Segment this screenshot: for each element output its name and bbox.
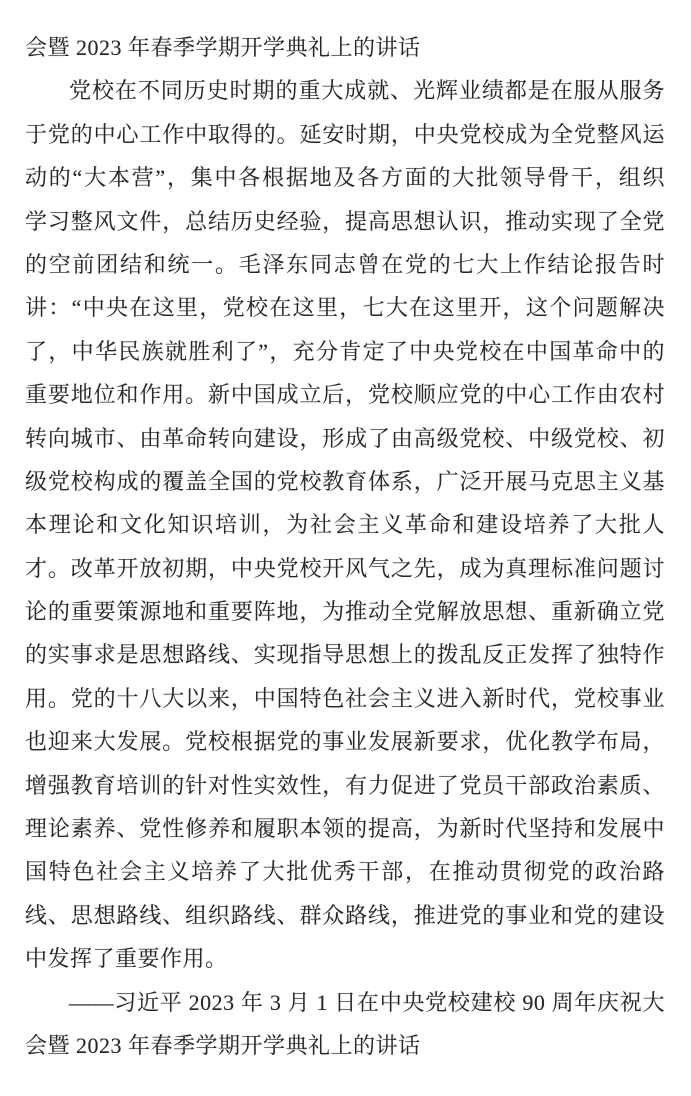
document-text-block: 会暨 2023 年春季学期开学典礼上的讲话 党校在不同历史时期的重大成就、光辉业… (25, 26, 665, 1067)
body-text-line: 用。党的十八大以来，中国特色社会主义进入新时代，党校事业 (25, 677, 665, 720)
body-text-line: 级党校构成的覆盖全国的党校教育体系，广泛开展马克思主义基 (25, 460, 665, 503)
body-text-line: 线、思想路线、组织路线、群众路线，推进党的事业和党的建设 (25, 894, 665, 937)
body-text-line: 国特色社会主义培养了大批优秀干部，在推动贯彻党的政治路 (25, 850, 665, 893)
body-text-line: 了，中华民族就胜利了”，充分肯定了中央党校在中国革命中的 (25, 330, 665, 373)
body-text-line: 才。改革开放初期，中央党校开风气之先，成为真理标准问题讨 (25, 547, 665, 590)
body-text-line: 转向城市、由革命转向建设，形成了由高级党校、中级党校、初 (25, 417, 665, 460)
attribution-line: ——习近平 2023 年 3 月 1 日在中央党校建校 90 周年庆祝大 (25, 981, 665, 1024)
body-text-line: 动的“大本营”，集中各根据地及各方面的大批领导骨干，组织 (25, 156, 665, 199)
attribution-line: 会暨 2023 年春季学期开学典礼上的讲话 (25, 1024, 665, 1067)
body-text-line: 理论素养、党性修养和履职本领的提高，为新时代坚持和发展中 (25, 807, 665, 850)
body-text-line: 增强教育培训的针对性实效性，有力促进了党员干部政治素质、 (25, 764, 665, 807)
attribution-continuation-line: 会暨 2023 年春季学期开学典礼上的讲话 (25, 26, 665, 69)
body-text-line: 讲：“中央在这里，党校在这里，七大在这里开，这个问题解决 (25, 286, 665, 329)
document-page: 会暨 2023 年春季学期开学典礼上的讲话 党校在不同历史时期的重大成就、光辉业… (0, 0, 691, 1096)
body-text-line: 中发挥了重要作用。 (25, 937, 665, 980)
body-text-line: 的空前团结和统一。毛泽东同志曾在党的七大上作结论报告时 (25, 243, 665, 286)
body-text-line: 本理论和文化知识培训，为社会主义革命和建设培养了大批人 (25, 503, 665, 546)
body-text-line: 也迎来大发展。党校根据党的事业发展新要求，优化教学布局， (25, 720, 665, 763)
body-text-line: 重要地位和作用。新中国成立后，党校顺应党的中心工作由农村 (25, 373, 665, 416)
body-text-line: 的实事求是思想路线、实现指导思想上的拨乱反正发挥了独特作 (25, 633, 665, 676)
body-text-line: 党校在不同历史时期的重大成就、光辉业绩都是在服从服务 (25, 69, 665, 112)
body-text-line: 学习整风文件，总结历史经验，提高思想认识，推动实现了全党 (25, 200, 665, 243)
body-text-line: 论的重要策源地和重要阵地，为推动全党解放思想、重新确立党 (25, 590, 665, 633)
body-text-line: 于党的中心工作中取得的。延安时期，中央党校成为全党整风运 (25, 113, 665, 156)
